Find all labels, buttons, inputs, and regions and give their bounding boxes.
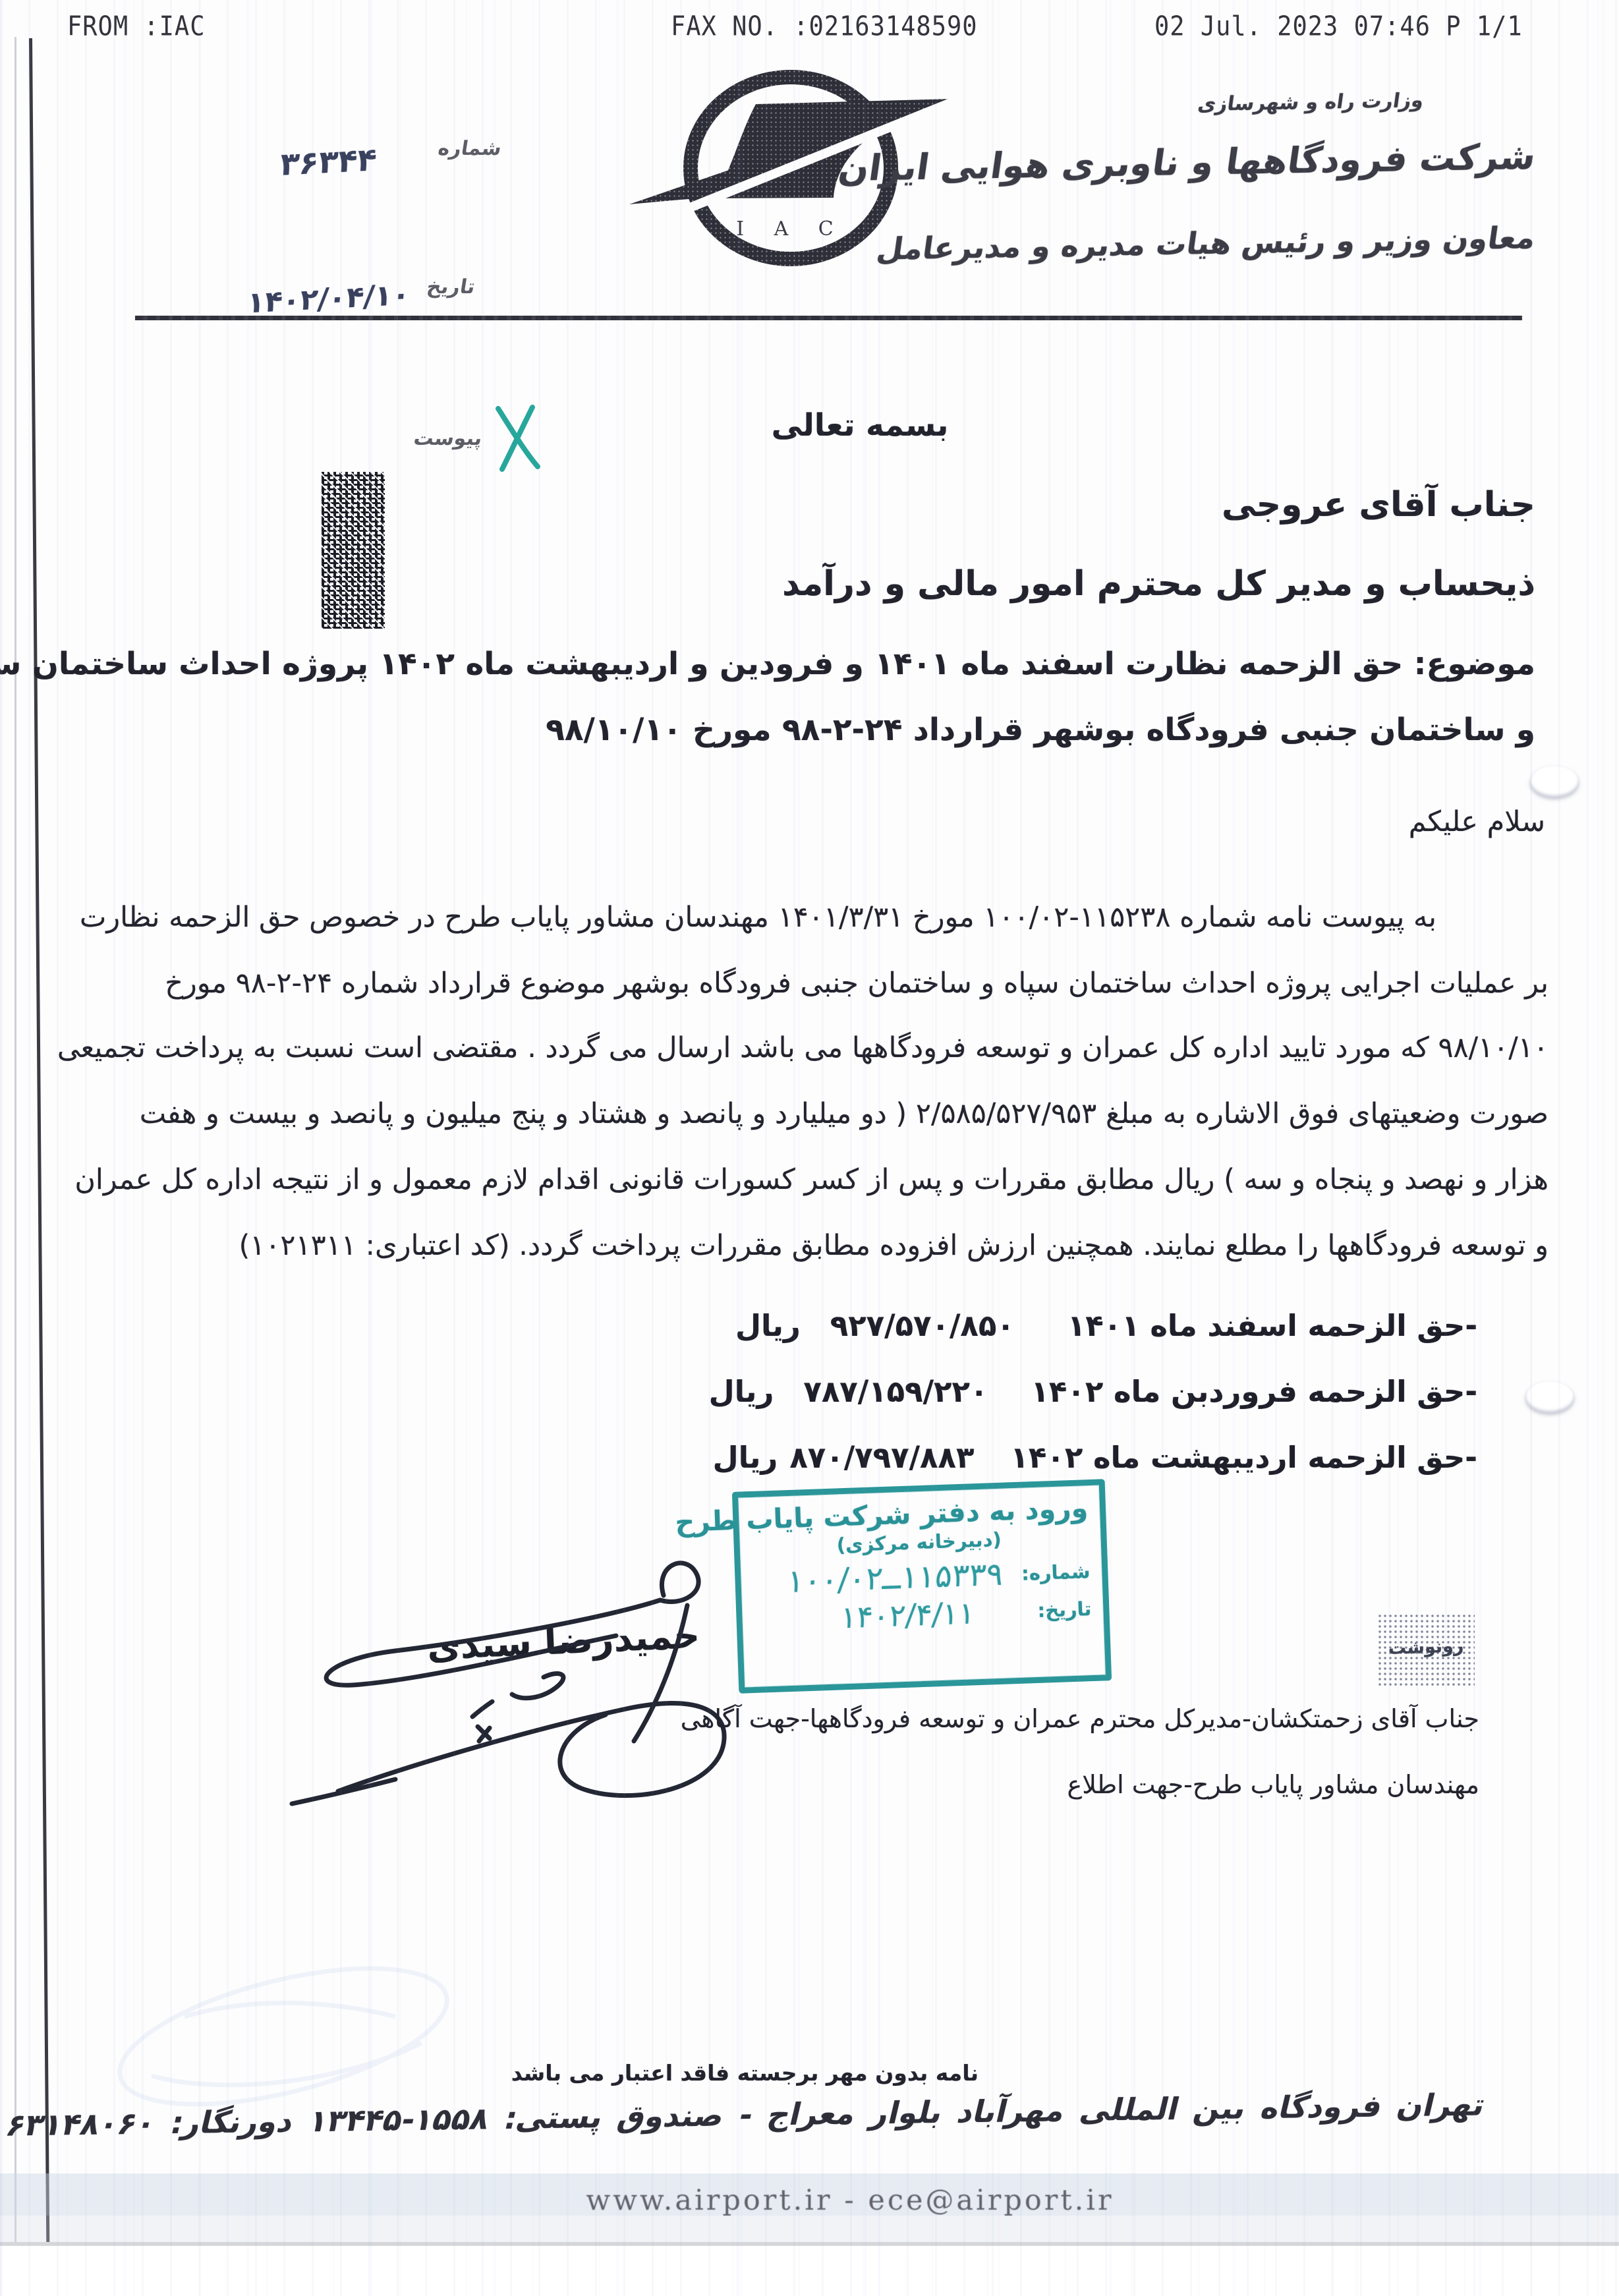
attachment-check-icon xyxy=(489,401,548,476)
subject-line-2: و ساختمان جنبی فرودگاه بوشهر قرارداد ۲۴-… xyxy=(546,712,1535,748)
body-line: صورت وضعیتهای فوق الاشاره به مبلغ ۲/۵۸۵/… xyxy=(140,1094,1548,1134)
fax-document-page: FROM :IAC FAX NO. :02163148590 02 Jul. 2… xyxy=(0,0,1619,2296)
fee-amount: ۹۲۷/۵۷۰/۸۵۰ xyxy=(830,1308,1015,1343)
iac-logo-text: I A C xyxy=(736,217,845,241)
hole-punch-bottom xyxy=(1525,1381,1574,1413)
fax-number: FAX NO. :02163148590 xyxy=(671,11,978,42)
fee-unit: ریال xyxy=(735,1308,801,1343)
fax-datetime: 02 Jul. 2023 07:46 P 1/1 xyxy=(1154,11,1523,42)
fee-unit: ریال xyxy=(709,1374,774,1409)
fee-amount: ۷۸۷/۱۵۹/۲۲۰ xyxy=(803,1374,988,1409)
register-number-label: شماره xyxy=(436,137,503,160)
recipient-name: جناب آقای عروجی xyxy=(1222,485,1535,525)
cc-line-2: مهندسان مشاور پایاب طرح-جهت اطلاع xyxy=(1067,1770,1479,1799)
fax-from: FROM :IAC xyxy=(67,11,205,42)
fee-label: -حق الزحمه فروردبن ماه ۱۴۰۲ xyxy=(1031,1374,1477,1409)
register-date-value: ۱۴۰۲/۰۴/۱۰ xyxy=(246,278,411,320)
scan-edge-dark xyxy=(29,38,49,2243)
cc-line-1: جناب آقای زحمتکشان-مدیرکل محترم عمران و … xyxy=(681,1704,1479,1733)
signature-scribble xyxy=(260,1509,741,1812)
fee-unit: ریال xyxy=(713,1440,778,1475)
cc-watermark-block: رونوشت xyxy=(1377,1613,1475,1686)
stamp-date-label: تاریخ: xyxy=(1037,1597,1092,1622)
body-line: بر عملیات اجرایی پروژه احداث ساختمان سپا… xyxy=(165,963,1548,1003)
body-line: و توسعه فرودگاهها را مطلع نمایند. همچنین… xyxy=(239,1226,1548,1265)
register-number-value: ۳۶۳۴۴ xyxy=(279,141,378,183)
register-attachment-label: پیوست xyxy=(412,427,484,450)
fee-row-esfand: -حق الزحمه اسفند ماه ۱۴۰۱ ۹۲۷/۵۷۰/۸۵۰ ری… xyxy=(735,1308,1477,1343)
footer-notice: نامه بدون مهر برجسته فاقد اعتبار می باشد xyxy=(649,2060,979,2086)
fee-label: -حق الزحمه اردیبهشت ماه ۱۴۰۲ xyxy=(1010,1440,1477,1475)
scan-band xyxy=(0,2216,1619,2245)
letterhead-role: معاون وزیر و رئیس هیات مدیره و مدیرعامل xyxy=(874,219,1537,266)
subject-line-1: موضوع: حق الزحمه نظارت اسفند ماه ۱۴۰۱ و … xyxy=(0,646,1535,682)
hole-punch-top xyxy=(1530,766,1579,797)
barcode-icon xyxy=(322,472,385,629)
cc-watermark-label: رونوشت xyxy=(1377,1635,1475,1659)
incoming-registry-stamp: ورود به دفتر شرکت پایاب طرح (دبیرخانه مر… xyxy=(732,1479,1112,1694)
stamp-date-value: ۱۴۰۲/۴/۱۱ xyxy=(839,1595,977,1635)
letterhead-ministry: وزارت راه و شهرسازی xyxy=(1196,89,1425,116)
fee-row-farvardin: -حق الزحمه فروردبن ماه ۱۴۰۲ ۷۸۷/۱۵۹/۲۲۰ … xyxy=(709,1374,1477,1409)
recipient-title: ذیحساب و مدیر کل محترم امور مالی و درآمد xyxy=(782,564,1535,604)
scan-edge-light xyxy=(14,37,16,2245)
fee-amount: ۸۷۰/۷۹۷/۸۸۳ xyxy=(789,1440,974,1475)
header-divider xyxy=(135,316,1522,320)
besmele: بسمه تعالی xyxy=(768,407,952,444)
salutation: سلام علیکم xyxy=(1409,805,1545,838)
fee-label: -حق الزحمه اسفند ماه ۱۴۰۱ xyxy=(1067,1308,1477,1343)
scan-background xyxy=(0,2246,1619,2296)
body-line: هزار و نهصد و پنجاه و سه ) ریال مطابق مق… xyxy=(74,1160,1548,1199)
stamp-number-value: ۱۱۵۳۳۹ــ۱۰۰/۰۲ xyxy=(786,1556,1005,1601)
body-line: به پیوست نامه شماره ۱۱۵۲۳۸-۱۰۰/۰۲ مورخ ۱… xyxy=(80,898,1436,937)
stamp-number-label: شماره: xyxy=(1021,1560,1091,1585)
footer-website: www.airport.ir - ece@airport.ir xyxy=(580,2184,1120,2217)
register-date-label: تاریخ xyxy=(425,275,476,299)
body-line: ۹۸/۱۰/۱۰ که مورد تایید اداره کل عمران و … xyxy=(57,1028,1548,1068)
fee-row-ordibehesht: -حق الزحمه اردیبهشت ماه ۱۴۰۲ ۸۷۰/۷۹۷/۸۸۳… xyxy=(713,1440,1477,1475)
